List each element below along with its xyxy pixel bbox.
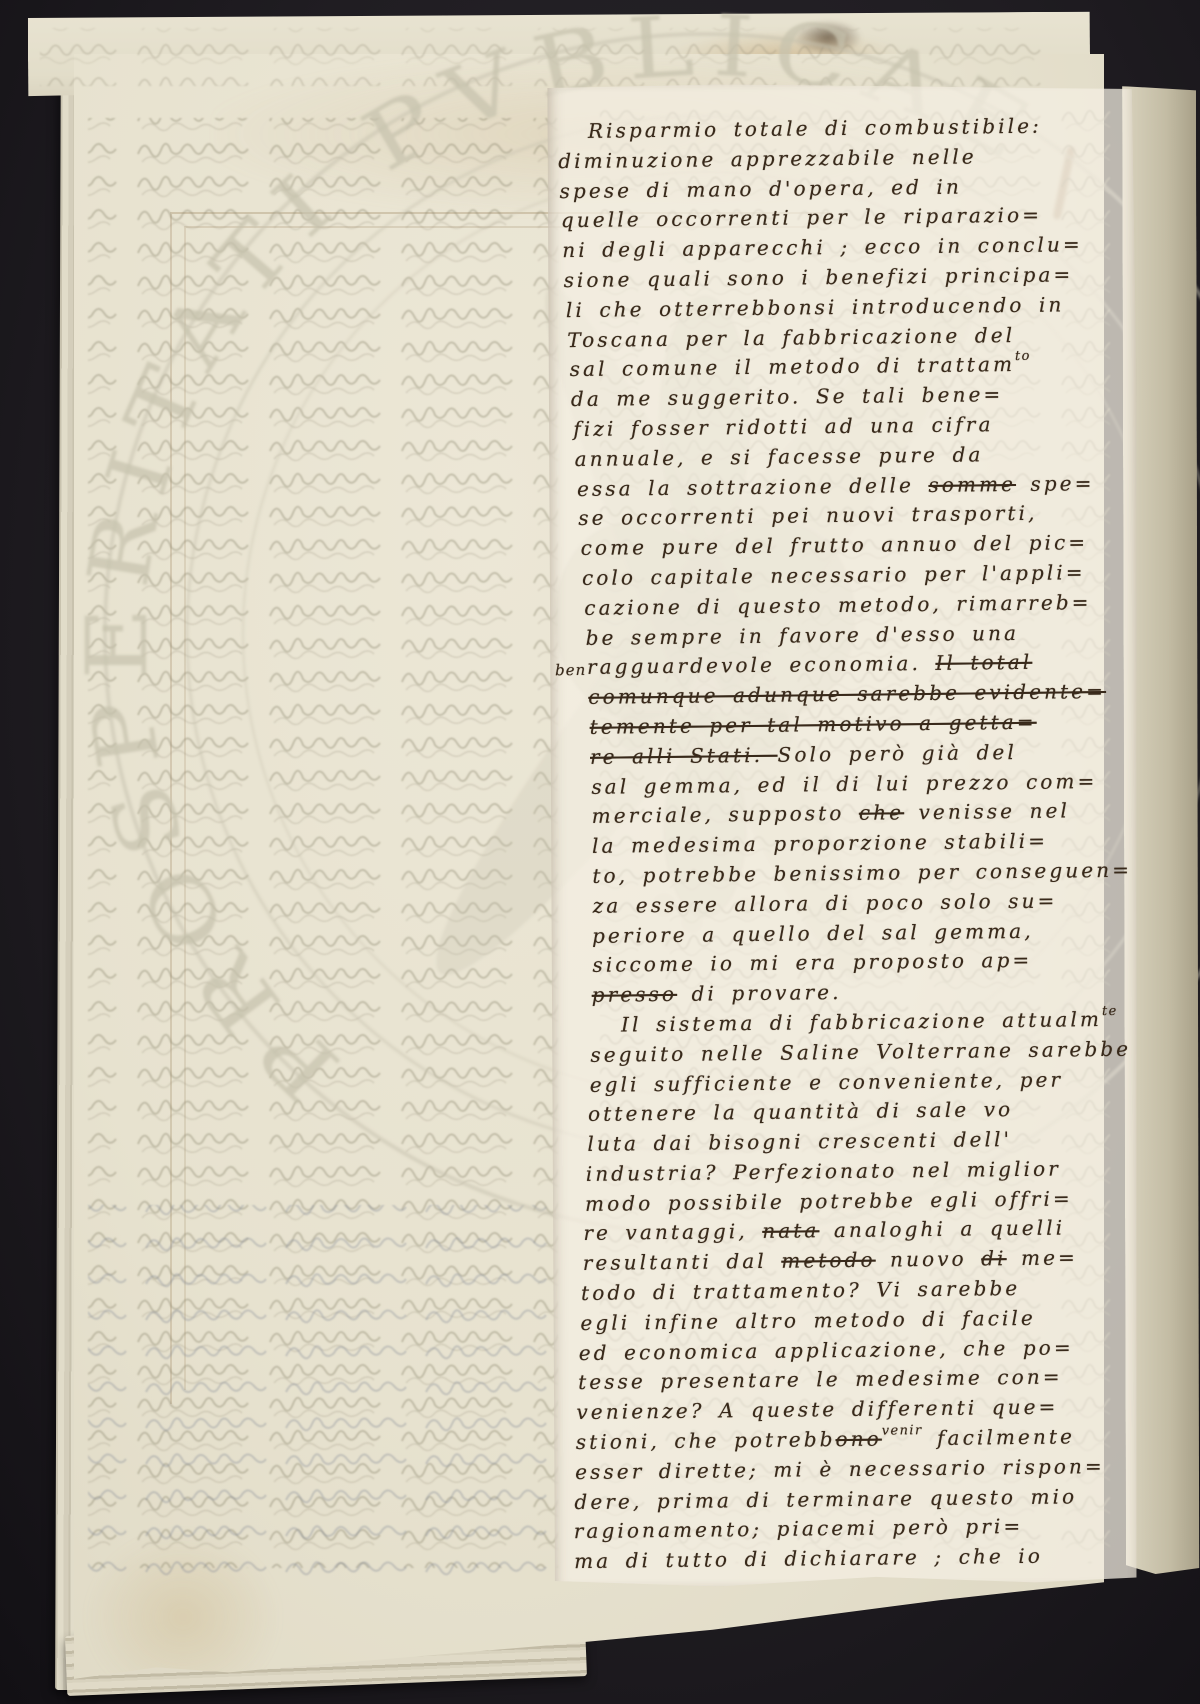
struck-text: nata xyxy=(762,1219,819,1244)
struck-text: ono xyxy=(835,1427,882,1452)
line-text: sal gemma, ed il di lui prezzo com= xyxy=(591,769,1097,799)
line-text: Risparmio totale di combustibile: xyxy=(588,114,1042,143)
line-text: tesse presentare le medesime con= xyxy=(578,1365,1063,1394)
line-text: resultanti dal xyxy=(583,1249,782,1275)
line-text: se occorrenti pei nuovi trasporti, xyxy=(578,501,1037,530)
inserted-text: to xyxy=(1015,349,1031,364)
line-text: me= xyxy=(1006,1246,1078,1271)
struck-text: somme xyxy=(928,472,1016,497)
line-text: industria? Perfezionato nel miglior xyxy=(586,1156,1061,1185)
line-text: egli sufficiente e conveniente, per xyxy=(590,1067,1064,1096)
line-text: spese di mano d'opera, ed in xyxy=(559,174,962,203)
line-text: cazione di questo metodo, rimarreb= xyxy=(584,590,1091,620)
line-text: ni degli apparecchi ; ecco in conclu= xyxy=(562,232,1083,262)
struck-text: comunque adunque sarebbe evidente= xyxy=(588,679,1106,709)
line-text: sione quali sono i benefizi principa= xyxy=(563,262,1073,292)
line-text: come pure del frutto annuo del pic= xyxy=(581,530,1089,560)
line-text: diminuzione apprezzabile nelle xyxy=(558,144,977,173)
right-page-recto: Risparmio totale di combustibile:diminuz… xyxy=(547,83,1140,1587)
line-text: to, potrebbe benissimo per conseguen= xyxy=(592,858,1132,888)
struck-text: presso xyxy=(592,982,678,1007)
manuscript-text: Risparmio totale di combustibile:diminuz… xyxy=(558,111,1120,1577)
inserted-text: venir xyxy=(882,1423,923,1438)
line-text: ma di tutto di dichiarare ; che io xyxy=(574,1544,1043,1573)
line-text: periore a quello del sal gemma, xyxy=(592,918,1034,947)
margin-note: ben xyxy=(555,656,586,686)
line-text: nuovo xyxy=(876,1247,982,1272)
struck-text: re alli Stati. xyxy=(590,742,778,768)
line-text: essa la sottrazione delle xyxy=(577,473,929,501)
line-text: seguito nelle Saline Volterrane sarebbe xyxy=(590,1036,1131,1066)
struck-text: temente per tal motivo a getta= xyxy=(590,710,1037,739)
struck-text: Il total xyxy=(935,650,1032,675)
line-text: luta dai bisogni crescenti dell' xyxy=(587,1127,1012,1156)
line-text: dere, prima di terminare questo mio xyxy=(574,1484,1077,1514)
line-text: colo capitale necessario per l'appli= xyxy=(582,560,1086,590)
line-text: ragguardevole economia. xyxy=(587,651,936,679)
line-text: ed economica applicazione, che po= xyxy=(579,1335,1074,1365)
line-text: facilmente xyxy=(923,1424,1076,1450)
line-text: Solo però già del xyxy=(777,740,1017,767)
line-text: modo possibile potrebbe egli offri= xyxy=(585,1186,1073,1216)
line-text: la medesima proporzione stabili= xyxy=(592,829,1048,858)
line-text: todo di trattamento? Vi sarebbe xyxy=(581,1276,1020,1305)
line-text: da me suggerito. Se tali bene= xyxy=(571,382,1004,411)
line-text: be sempre in favore d'esso una xyxy=(586,621,1020,650)
line-text: ragionamento; piacemi però pri= xyxy=(574,1514,1024,1543)
line-text: li che otterrebbonsi introducendo in xyxy=(566,292,1065,322)
line-text: fizi fosser ridotti ad una cifra xyxy=(573,412,994,441)
struck-text: di xyxy=(981,1246,1007,1270)
line-text: annuale, e si facesse pure da xyxy=(575,442,984,471)
line-text: sal comune il metodo di trattam xyxy=(569,352,1015,381)
line-text: merciale, supposto xyxy=(592,801,859,828)
line-text: ottenere la quantità di sale vo xyxy=(588,1097,1013,1126)
line-text: stioni, che potrebb xyxy=(576,1427,836,1454)
line-text: Il sistema di fabbricazione attualm xyxy=(621,1007,1102,1036)
inserted-text: te xyxy=(1102,1004,1118,1019)
line-text: egli infine altro metodo di facile xyxy=(580,1306,1036,1335)
line-text: Toscana per la fabbricazione del xyxy=(567,323,1015,352)
manuscript-photograph: PROSPERITATI PVBLICAE Risparmio totale d… xyxy=(0,0,1200,1704)
struck-text: che xyxy=(859,801,904,826)
line-text: esser dirette; mi è necessario rispon= xyxy=(575,1454,1105,1484)
line-text: spe= xyxy=(1016,471,1095,496)
line-text: za essere allora di poco solo su= xyxy=(593,888,1058,917)
line-text: siccome io mi era proposto ap= xyxy=(592,948,1032,977)
manuscript-line: ma di tutto di dichiarare ; che io xyxy=(574,1541,1119,1577)
line-text: re vantaggi, xyxy=(583,1219,762,1245)
line-text: venienze? A queste differenti que= xyxy=(576,1395,1058,1424)
line-text: quelle occorrenti per le riparazio= xyxy=(561,203,1042,232)
line-text: di provare. xyxy=(677,980,842,1006)
struck-text: metodo xyxy=(781,1248,876,1273)
line-text: analoghi a quelli xyxy=(819,1216,1065,1243)
line-text: venisse nel xyxy=(904,799,1070,825)
